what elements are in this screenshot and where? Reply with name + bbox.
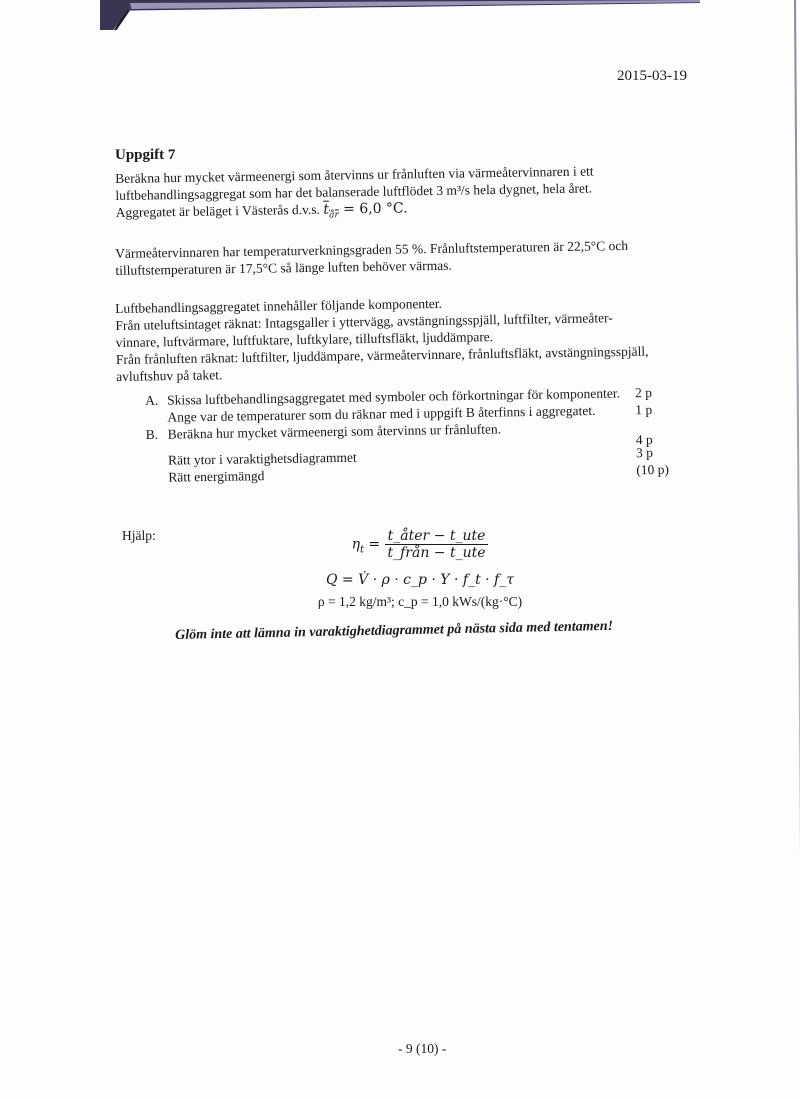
subtask-list: A. Skissa luftbehandlingsaggregatet med … [145, 384, 681, 486]
efficiency-formula: ηt = t_åter − t_ute t_från − t_ute [300, 528, 540, 561]
eta-symbol: η [352, 537, 360, 553]
subtask-letter [145, 409, 167, 426]
components-paragraph: Luftbehandlingsaggregatet innehåller föl… [115, 291, 706, 385]
energy-formula: Q = V̇ · ρ · c_p · Y · f_t · f_τ [300, 572, 540, 588]
task-title: Uppgift 7 [115, 147, 175, 164]
annual-temperature: tår = 6,0 °C. [323, 200, 408, 217]
subtask-points: 3 p [636, 444, 681, 462]
page-edge [794, 0, 800, 1040]
scan-edge-shadow [0, 0, 800, 30]
reminder-note: Glöm inte att lämna in varaktighetdiagra… [175, 619, 613, 644]
document-date: 2015-03-19 [617, 68, 687, 85]
efficiency-paragraph: Värmeåtervinnaren har temperaturverkning… [115, 236, 705, 279]
task-intro: Beräkna hur mycket värmeenergi som återv… [115, 161, 706, 228]
fraction-denominator: t_från − t_ute [385, 545, 489, 561]
constants-formula: ρ = 1,2 kg/m³; c_p = 1,0 kWs/(kg·°C) [300, 594, 540, 610]
help-label: Hjälp: [122, 528, 156, 544]
eta-subscript: t [360, 544, 364, 555]
subtask-letter [146, 469, 168, 486]
fraction-numerator: t_åter − t_ute [385, 528, 489, 545]
efficiency-fraction: t_åter − t_ute t_från − t_ute [385, 528, 489, 561]
intro-text: Aggregatet är beläget i Västerås d.v.s. [116, 202, 321, 220]
subtask-points: 1 p [635, 401, 680, 419]
page-number: - 9 (10) - [398, 1041, 446, 1057]
subtask-letter [146, 452, 168, 469]
subtask-points: (10 p) [636, 461, 681, 479]
subtask-points: 2 p [635, 384, 680, 402]
subtask-letter: A. [145, 392, 167, 409]
